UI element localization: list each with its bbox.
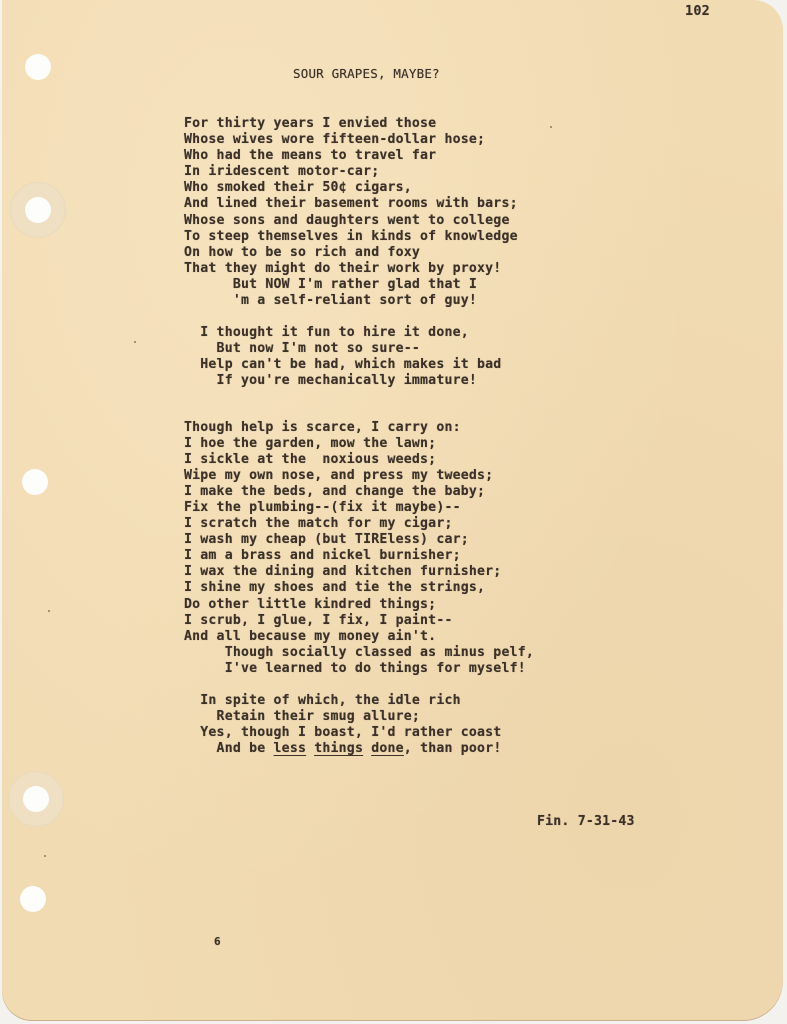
binder-hole xyxy=(23,786,49,812)
poem-line: I shine my shoes and tie the strings, xyxy=(184,580,534,596)
binder-hole xyxy=(25,197,51,223)
typewritten-page: 102 SOUR GRAPES, MAYBE? For thirty years… xyxy=(2,0,783,1020)
poem-line: I am a brass and nickel burnisher; xyxy=(184,548,534,564)
paper-speck xyxy=(134,341,136,343)
binder-hole xyxy=(20,886,46,912)
poem-line: But now I'm not so sure-- xyxy=(184,341,534,357)
poem-line: Do other little kindred things; xyxy=(184,597,534,613)
poem-line: On how to be so rich and foxy xyxy=(184,245,534,261)
poem-line: In iridescent motor-car; xyxy=(184,164,534,180)
binder-hole xyxy=(22,469,48,495)
poem-body: For thirty years I envied thoseWhose wiv… xyxy=(184,116,534,757)
poem-line: And lined their basement rooms with bars… xyxy=(184,196,534,212)
poem-line: Whose sons and daughters went to college xyxy=(184,213,534,229)
poem-title: SOUR GRAPES, MAYBE? xyxy=(293,66,440,81)
paper-speck xyxy=(550,126,552,128)
poem-line: If you're mechanically immature! xyxy=(184,373,534,389)
poem-line: Yes, though I boast, I'd rather coast xyxy=(184,725,534,741)
underlined-word: less xyxy=(274,741,307,756)
poem-line: Wipe my own nose, and press my tweeds; xyxy=(184,468,534,484)
poem-line: Retain their smug allure; xyxy=(184,709,534,725)
signoff-date: Fin. 7-31-43 xyxy=(537,814,635,829)
poem-line: That they might do their work by proxy! xyxy=(184,261,534,277)
poem-line: I thought it fun to hire it done, xyxy=(184,325,534,341)
poem-line: Fix the plumbing--(fix it maybe)-- xyxy=(184,500,534,516)
poem-line: 'm a self-reliant sort of guy! xyxy=(184,293,534,309)
poem-line: I wax the dining and kitchen furnisher; xyxy=(184,564,534,580)
page-number: 102 xyxy=(685,3,710,19)
poem-line: I scratch the match for my cigar; xyxy=(184,516,534,532)
hole-reinforcement xyxy=(10,182,66,238)
poem-line: But NOW I'm rather glad that I xyxy=(184,277,534,293)
stanza-gap xyxy=(184,677,534,693)
binder-hole xyxy=(25,54,51,80)
poem-line: I wash my cheap (but TIREless) car; xyxy=(184,532,534,548)
poem-line: I scrub, I glue, I fix, I paint-- xyxy=(184,613,534,629)
poem-line: I've learned to do things for myself! xyxy=(184,661,534,677)
poem-line: I make the beds, and change the baby; xyxy=(184,484,534,500)
poem-line: In spite of which, the idle rich xyxy=(184,693,534,709)
poem-line: Who had the means to travel far xyxy=(184,148,534,164)
poem-line: Whose wives wore fifteen-dollar hose; xyxy=(184,132,534,148)
poem-line: And all because my money ain't. xyxy=(184,629,534,645)
poem-line: I sickle at the noxious weeds; xyxy=(184,452,534,468)
footer-mark: 6 xyxy=(214,935,221,948)
poem-line: Though socially classed as minus pelf, xyxy=(184,645,534,661)
paper-speck xyxy=(44,855,46,857)
underlined-word: done xyxy=(371,741,404,756)
stanza-gap xyxy=(184,390,534,420)
poem-line: For thirty years I envied those xyxy=(184,116,534,132)
underlined-word: things xyxy=(314,741,363,756)
poem-line: And be less things done, than poor! xyxy=(184,741,534,757)
poem-line: I hoe the garden, mow the lawn; xyxy=(184,436,534,452)
stanza-gap xyxy=(184,309,534,325)
poem-line: Who smoked their 50¢ cigars, xyxy=(184,180,534,196)
poem-line: Help can't be had, which makes it bad xyxy=(184,357,534,373)
paper-speck xyxy=(48,610,50,612)
hole-reinforcement xyxy=(8,771,64,827)
poem-line: To steep themselves in kinds of knowledg… xyxy=(184,229,534,245)
poem-line: Though help is scarce, I carry on: xyxy=(184,420,534,436)
